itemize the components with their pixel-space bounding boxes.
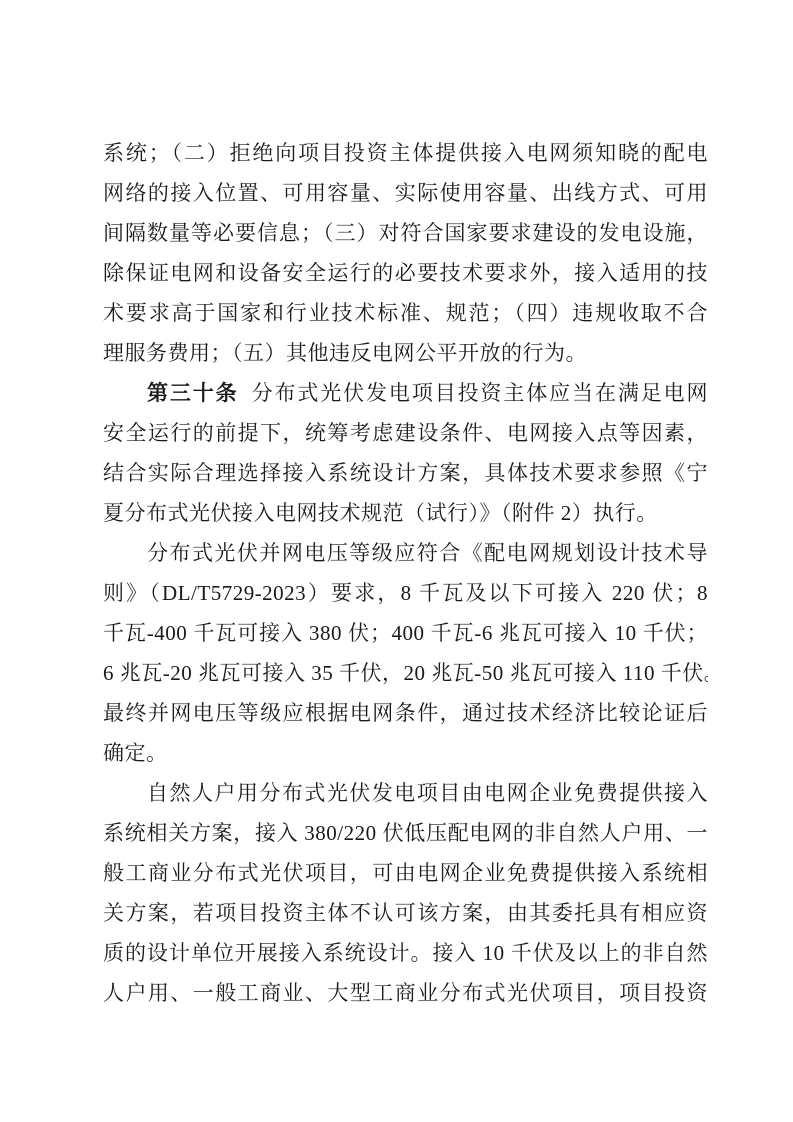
text-line: 网络的接入位置、可用容量、实际使用容量、出线方式、可用 (103, 173, 708, 213)
document-body: 系统；（二）拒绝向项目投资主体提供接入电网须知晓的配电 网络的接入位置、可用容量… (103, 133, 708, 1013)
text-line: 夏分布式光伏接入电网技术规范（试行）》（附件 2）执行。 (103, 493, 708, 533)
article-number: 第三十条 (147, 381, 239, 405)
text-line: 结合实际合理选择接入系统设计方案，具体技术要求参照《宁 (103, 453, 708, 493)
paragraph-access-scheme-services: 自然人户用分布式光伏发电项目由电网企业免费提供接入 系统相关方案，接入 380/… (103, 773, 708, 1013)
text-line: 则》（DL/T5729-2023）要求，8 千瓦及以下可接入 220 伏；8 (103, 573, 708, 613)
paragraph-article-30: 第三十条分布式光伏发电项目投资主体应当在满足电网 安全运行的前提下，统筹考虑建设… (103, 373, 708, 533)
text-line: 安全运行的前提下，统筹考虑建设条件、电网接入点等因素， (103, 413, 708, 453)
text-line: 确定。 (103, 733, 708, 773)
text-line: 人户用、一般工商业、大型工商业分布式光伏项目，项目投资 (103, 973, 708, 1013)
text-line: 间隔数量等必要信息；（三）对符合国家要求建设的发电设施， (103, 213, 708, 253)
text-line: 6 兆瓦-20 兆瓦可接入 35 千伏，20 兆瓦-50 兆瓦可接入 110 千… (103, 653, 708, 693)
paragraph-enumeration-continuation: 系统；（二）拒绝向项目投资主体提供接入电网须知晓的配电 网络的接入位置、可用容量… (103, 133, 708, 373)
text-line: 自然人户用分布式光伏发电项目由电网企业免费提供接入 (103, 773, 708, 813)
text-line: 关方案，若项目投资主体不认可该方案，由其委托具有相应资 (103, 893, 708, 933)
text-line: 质的设计单位开展接入系统设计。接入 10 千伏及以上的非自然 (103, 933, 708, 973)
document-page: 系统；（二）拒绝向项目投资主体提供接入电网须知晓的配电 网络的接入位置、可用容量… (0, 0, 793, 1122)
text-line: 系统；（二）拒绝向项目投资主体提供接入电网须知晓的配电 (103, 133, 708, 173)
text-line: 千瓦-400 千瓦可接入 380 伏；400 千瓦-6 兆瓦可接入 10 千伏； (103, 613, 708, 653)
text-line: 分布式光伏并网电压等级应符合《配电网规划设计技术导 (103, 533, 708, 573)
text-line: 术要求高于国家和行业技术标准、规范；（四）违规收取不合 (103, 293, 708, 333)
text-line: 最终并网电压等级应根据电网条件，通过技术经济比较论证后 (103, 693, 708, 733)
article-text-start: 分布式光伏发电项目投资主体应当在满足电网 (252, 381, 708, 405)
text-line: 第三十条分布式光伏发电项目投资主体应当在满足电网 (103, 373, 708, 413)
text-line: 系统相关方案，接入 380/220 伏低压配电网的非自然人户用、一 (103, 813, 708, 853)
text-line: 理服务费用；（五）其他违反电网公平开放的行为。 (103, 333, 708, 373)
text-line: 除保证电网和设备安全运行的必要技术要求外，接入适用的技 (103, 253, 708, 293)
text-line: 般工商业分布式光伏项目，可由电网企业免费提供接入系统相 (103, 853, 708, 893)
paragraph-grid-voltage-levels: 分布式光伏并网电压等级应符合《配电网规划设计技术导 则》（DL/T5729-20… (103, 533, 708, 773)
